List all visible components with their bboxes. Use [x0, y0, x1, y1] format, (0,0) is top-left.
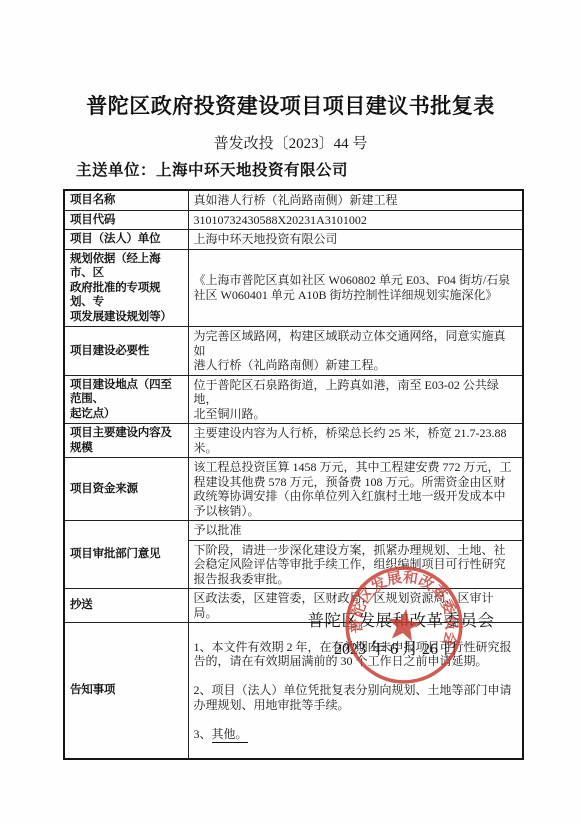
field-label: 项目建设必要性 [64, 327, 188, 376]
page-title: 普陀区政府投资建设项目项目建议书批复表 [0, 90, 581, 120]
field-label: 项目代码 [64, 210, 188, 230]
field-label: 抄送 [64, 589, 188, 623]
field-value: 真如港人行桥（礼尚路南侧）新建工程 [188, 190, 523, 210]
recipient-line: 主送单位：上海中环天地投资有限公司 [76, 158, 348, 180]
issue-date: 2023 年 6 月 26 日 [272, 636, 520, 659]
document-page: 普陀区政府投资建设项目项目建议书批复表 普发改投〔2023〕44 号 主送单位：… [0, 0, 581, 824]
notice-item-3: 3、其他。 [194, 727, 518, 742]
field-value: 该工程总投资匡算 1458 万元，其中工程建安费 772 万元，工 程建设其他费… [188, 458, 523, 521]
field-value: 位于普陀区石泉路街道，上跨真如港，南至 E03-02 公共绿地， 北至铜川路。 [188, 375, 523, 424]
approval-table: 项目名称 真如港人行桥（礼尚路南侧）新建工程 项目代码 310107324305… [63, 189, 524, 760]
field-value: 为完善区域路网，构建区域联动立体交通网络，同意实施真如 港人行桥（礼尚路南侧）新… [188, 327, 523, 376]
row-approval-decision: 项目审批部门意见 予以批准 [64, 521, 523, 541]
recipient-value: 上海中环天地投资有限公司 [156, 162, 348, 179]
doc-number: 普发改投〔2023〕44 号 [0, 132, 581, 153]
field-label: 项目（法人）单位 [64, 230, 188, 250]
field-label: 规划依据（经上海市、区 政府批准的专项规划、专 项发展建设规划等） [64, 249, 188, 327]
row-legal-entity: 项目（法人）单位 上海中环天地投资有限公司 [64, 230, 523, 250]
field-value: 《上海市普陀区真如社区 W060802 单元 E03、F04 街坊/石泉 社区 … [188, 249, 523, 327]
field-label: 项目名称 [64, 190, 188, 210]
row-necessity: 项目建设必要性 为完善区域路网，构建区域联动立体交通网络，同意实施真如 港人行桥… [64, 327, 523, 376]
row-project-code: 项目代码 31010732430588X20231A3101002 [64, 210, 523, 230]
row-scope: 项目主要建设内容及规模 主要建设内容为人行桥，桥梁总长约 25 米，桥宽 21.… [64, 424, 523, 458]
notice-other-underlined: 其他。 [212, 727, 248, 743]
approval-comment: 下阶段，请进一步深化建设方案，抓紧办理规划、土地、社 会稳定风险评估等审批手续工… [188, 540, 523, 589]
recipient-label: 主送单位： [76, 162, 156, 179]
row-planning-basis: 规划依据（经上海市、区 政府批准的专项规划、专 项发展建设规划等） 《上海市普陀… [64, 249, 523, 327]
field-value: 主要建设内容为人行桥，桥梁总长约 25 米，桥宽 21.7-23.88 米。 [188, 424, 523, 458]
field-label: 项目审批部门意见 [64, 521, 188, 589]
field-label: 项目建设地点（四至范围、 起讫点） [64, 375, 188, 424]
issuing-committee: 普陀区发展和改革委员会 [281, 607, 521, 631]
row-project-name: 项目名称 真如港人行桥（礼尚路南侧）新建工程 [64, 190, 523, 210]
field-value: 31010732430588X20231A3101002 [188, 210, 523, 230]
field-label: 项目资金来源 [64, 458, 188, 521]
field-value: 上海中环天地投资有限公司 [188, 230, 523, 250]
field-label: 项目主要建设内容及规模 [64, 424, 188, 458]
notice-item-2: 2、项目（法人）单位凭批复表分别向规划、土地等部门申请 办理规划、用地审批等手续… [194, 683, 518, 712]
approval-decision: 予以批准 [188, 521, 523, 541]
row-location: 项目建设地点（四至范围、 起讫点） 位于普陀区石泉路街道，上跨真如港，南至 E0… [64, 375, 523, 424]
field-label: 告知事项 [64, 623, 188, 759]
row-funding: 项目资金来源 该工程总投资匡算 1458 万元，其中工程建安费 772 万元，工… [64, 458, 523, 521]
